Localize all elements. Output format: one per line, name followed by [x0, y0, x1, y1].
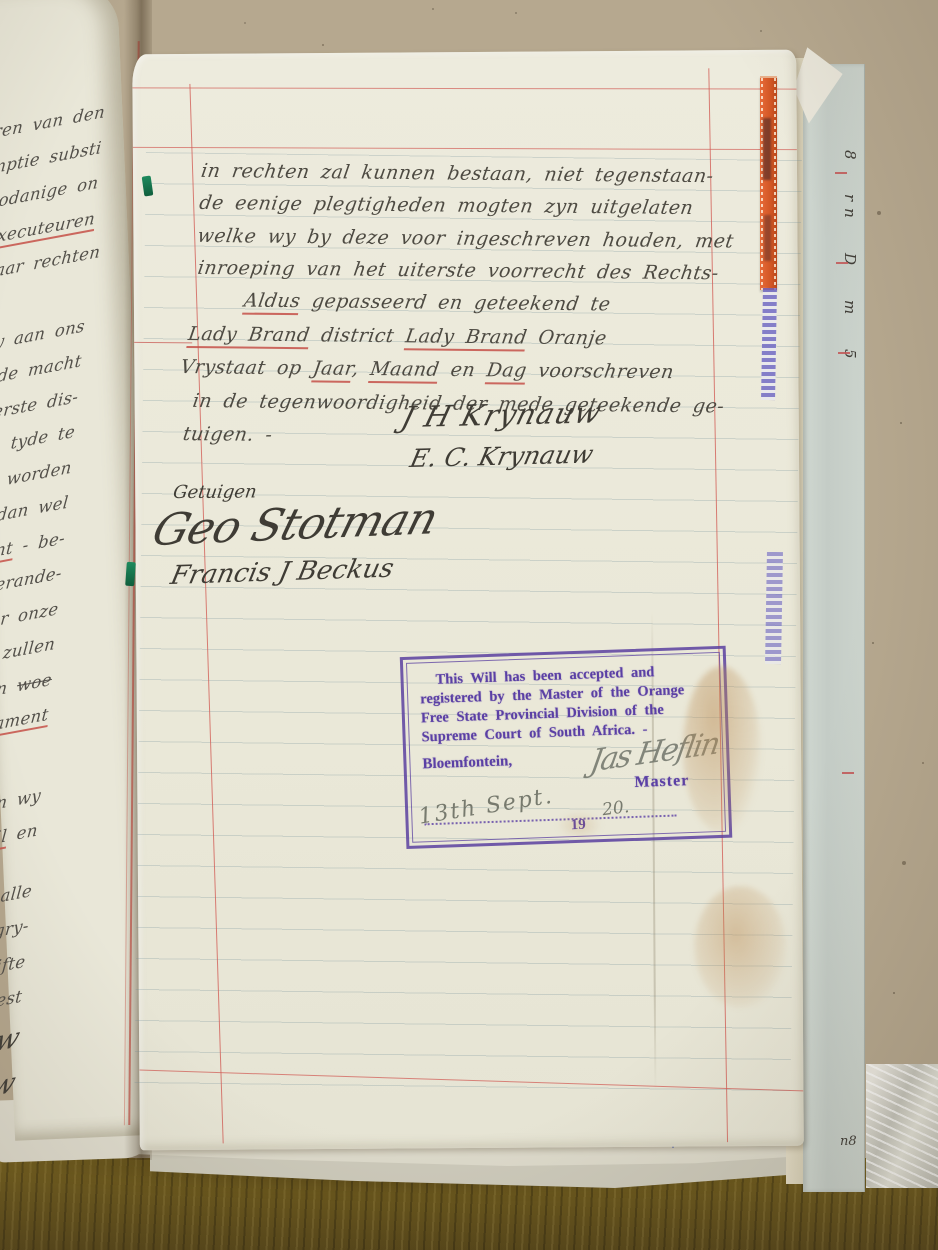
handwritten-text: Vrystaat op	[179, 356, 315, 379]
edge-vertical-annotations: 8 rn D m 5	[840, 150, 860, 490]
handwritten-line: Aldus gepasseerd en geteekend te	[243, 290, 613, 316]
edge-red-tick	[835, 172, 847, 174]
left-page-line: te Wil en	[0, 820, 39, 883]
master-title-label: Master	[634, 772, 689, 792]
ribbon-ink-smudge	[764, 215, 771, 261]
brown-stain	[694, 886, 787, 1009]
photograph-of-will-document: 8 rn D m 5 n8 eren van den ssumptie subs…	[0, 0, 938, 1250]
left-page-line-text: rklaren wy	[0, 785, 42, 823]
edge-note-fragment: m	[840, 300, 860, 321]
signature-text: ynauw	[0, 1021, 24, 1071]
blue-striped-edge-mark	[761, 288, 777, 400]
handwritten-year-suffix: 20.	[601, 797, 630, 820]
handwritten-text: en	[438, 359, 489, 382]
edge-red-tick	[838, 352, 850, 354]
underlined-word: Lady Brand	[404, 325, 529, 351]
left-page-line-text: t zullen	[0, 676, 18, 710]
underlined-word: Jaar	[311, 357, 354, 382]
witnesses-label: Getuigen	[172, 481, 258, 503]
brown-stain	[557, 811, 601, 839]
left-page-text-fragments: eren van den ssumptie substi zoodanige o…	[0, 102, 106, 1140]
left-page-line-text: stand gry-	[0, 916, 30, 953]
signature-text: rynauw	[0, 1066, 20, 1118]
ribbon-ink-smudge	[763, 118, 771, 180]
edge-red-tick	[836, 262, 848, 264]
left-page-line-text: cil, Gifte	[0, 951, 26, 985]
left-page-line-text: naar best	[0, 986, 23, 1021]
underlined-word: Aldus	[242, 290, 302, 316]
left-page-line-text: wy aan ons	[0, 316, 86, 355]
handwritten-text: Oranje	[525, 326, 608, 349]
edge-red-tick	[842, 772, 854, 774]
red-header-rule	[133, 147, 797, 151]
handwritten-line: tuigen. -	[181, 423, 274, 446]
edge-bottom-annotation: n8	[840, 1134, 857, 1149]
left-page-line: l Testament	[0, 704, 50, 767]
testator-signature-2: E. C. Krynauw	[407, 440, 596, 473]
handwritten-line: Lady Brand district Lady Brand Oranje	[187, 323, 609, 349]
blue-striped-edge-mark	[765, 552, 783, 664]
brown-stain	[682, 666, 761, 835]
left-page-line-text: or in alle	[0, 880, 33, 915]
green-thread-mark	[125, 562, 136, 587]
plastic-sleeve-corner	[866, 1064, 938, 1188]
handwritten-text: voorschreven	[525, 360, 675, 384]
main-will-page: in rechten zal kunnen bestaan, niet tege…	[132, 50, 804, 1151]
underlined-word: Maand	[368, 358, 441, 384]
red-top-rule	[132, 87, 796, 89]
underlined-word: Lady Brand	[186, 323, 311, 349]
left-page-line-text: eren van den	[0, 102, 106, 144]
edge-note-fragment: 8	[840, 150, 860, 167]
edge-note-fragment: rn	[840, 194, 860, 225]
testator-signature-1: J H Krynauw	[398, 395, 606, 434]
handwritten-text: gepasseerd en geteekend te	[299, 290, 612, 315]
handwritten-text: district	[308, 324, 407, 347]
underlined-word: Dag	[485, 359, 529, 384]
